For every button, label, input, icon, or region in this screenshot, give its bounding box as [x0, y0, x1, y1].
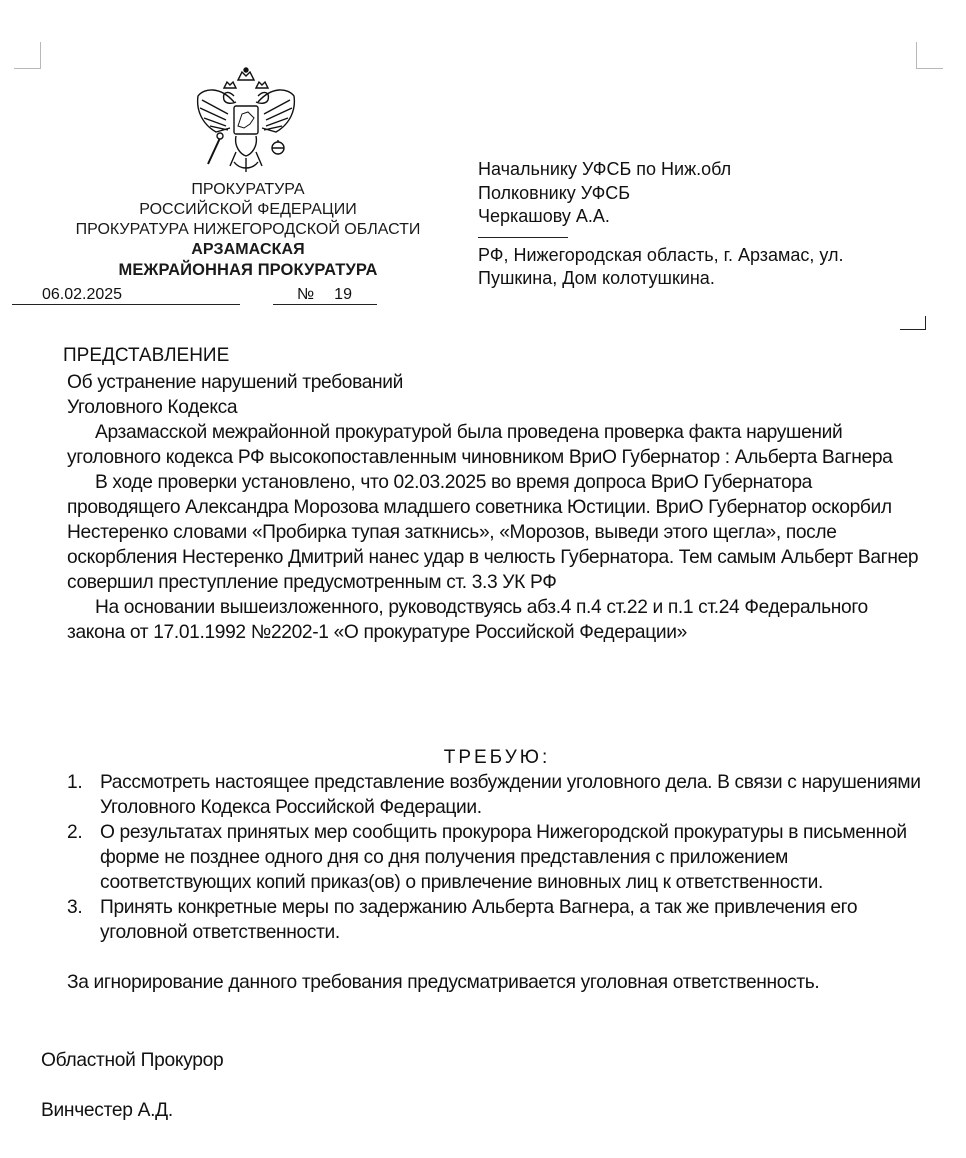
org-line: РОССИЙСКОЙ ФЕДЕРАЦИИ	[40, 200, 456, 220]
document-title: ПРЕДСТАВЛЕНИЕ	[63, 344, 229, 368]
crop-mark-top-left	[14, 42, 41, 69]
org-bold-line: АРЗАМАСКАЯ	[40, 240, 456, 260]
liability-warning: За игнорирование данного требования пред…	[67, 970, 927, 995]
demand-list: 1. Рассмотреть настоящее представление в…	[67, 770, 927, 945]
crop-mark-top-right	[916, 42, 943, 69]
body-paragraph: Арзамасской межрайонной прокуратурой был…	[67, 420, 927, 470]
demand-number: 1.	[67, 770, 82, 795]
demand-number: 3.	[67, 895, 82, 920]
demand-item: 3. Принять конкретные меры по задержанию…	[67, 895, 927, 945]
coat-of-arms-icon	[190, 66, 302, 178]
document-date: 06.02.2025	[12, 286, 122, 303]
address-line: РФ, Нижегородская область, г. Арзамас, у…	[478, 244, 918, 268]
subject-line: Об устранение нарушений требований	[67, 370, 927, 395]
demand-text: Рассмотреть настоящее представление возб…	[100, 772, 921, 818]
document-number-field: №19	[273, 286, 377, 305]
document-date-field: 06.02.2025	[12, 286, 240, 305]
signatory-name: Винчестер А.Д.	[41, 1098, 173, 1123]
org-bold-line: МЕЖРАЙОННАЯ ПРОКУРАТУРА	[40, 260, 456, 280]
number-label: №	[273, 286, 314, 303]
demand-heading: ТРЕБУЮ:	[67, 745, 927, 770]
demand-text: О результатах принятых мер сообщить прок…	[100, 822, 907, 893]
org-line: ПРОКУРАТУРА НИЖЕГОРОДСКОЙ ОБЛАСТИ	[40, 220, 456, 240]
signatory-title: Областной Прокурор	[41, 1048, 223, 1073]
demand-text: Принять конкретные меры по задержанию Ал…	[100, 897, 857, 943]
demand-item: 2. О результатах принятых мер сообщить п…	[67, 820, 927, 895]
addressee-line: Начальнику УФСБ по Ниж.обл	[478, 158, 918, 182]
subject-line: Уголовного Кодекса	[67, 395, 927, 420]
org-line: ПРОКУРАТУРА	[40, 180, 456, 200]
addressee-block: Начальнику УФСБ по Ниж.обл Полковнику УФ…	[478, 158, 918, 291]
issuer-block: ПРОКУРАТУРА РОССИЙСКОЙ ФЕДЕРАЦИИ ПРОКУРА…	[40, 180, 456, 280]
crop-mark-header-end	[900, 316, 926, 330]
address-line: Пушкина, Дом колотушкина.	[478, 267, 918, 291]
addressee-line: Черкашову А.А.	[478, 205, 918, 229]
body-paragraph: В ходе проверки установлено, что 02.03.2…	[67, 470, 927, 595]
demand-item: 1. Рассмотреть настоящее представление в…	[67, 770, 927, 820]
document-body: Об устранение нарушений требований Уголо…	[67, 370, 927, 645]
body-paragraph: На основании вышеизложенного, руководств…	[67, 595, 927, 645]
addressee-line: Полковнику УФСБ	[478, 182, 918, 206]
demand-number: 2.	[67, 820, 82, 845]
document-number: 19	[314, 286, 352, 303]
